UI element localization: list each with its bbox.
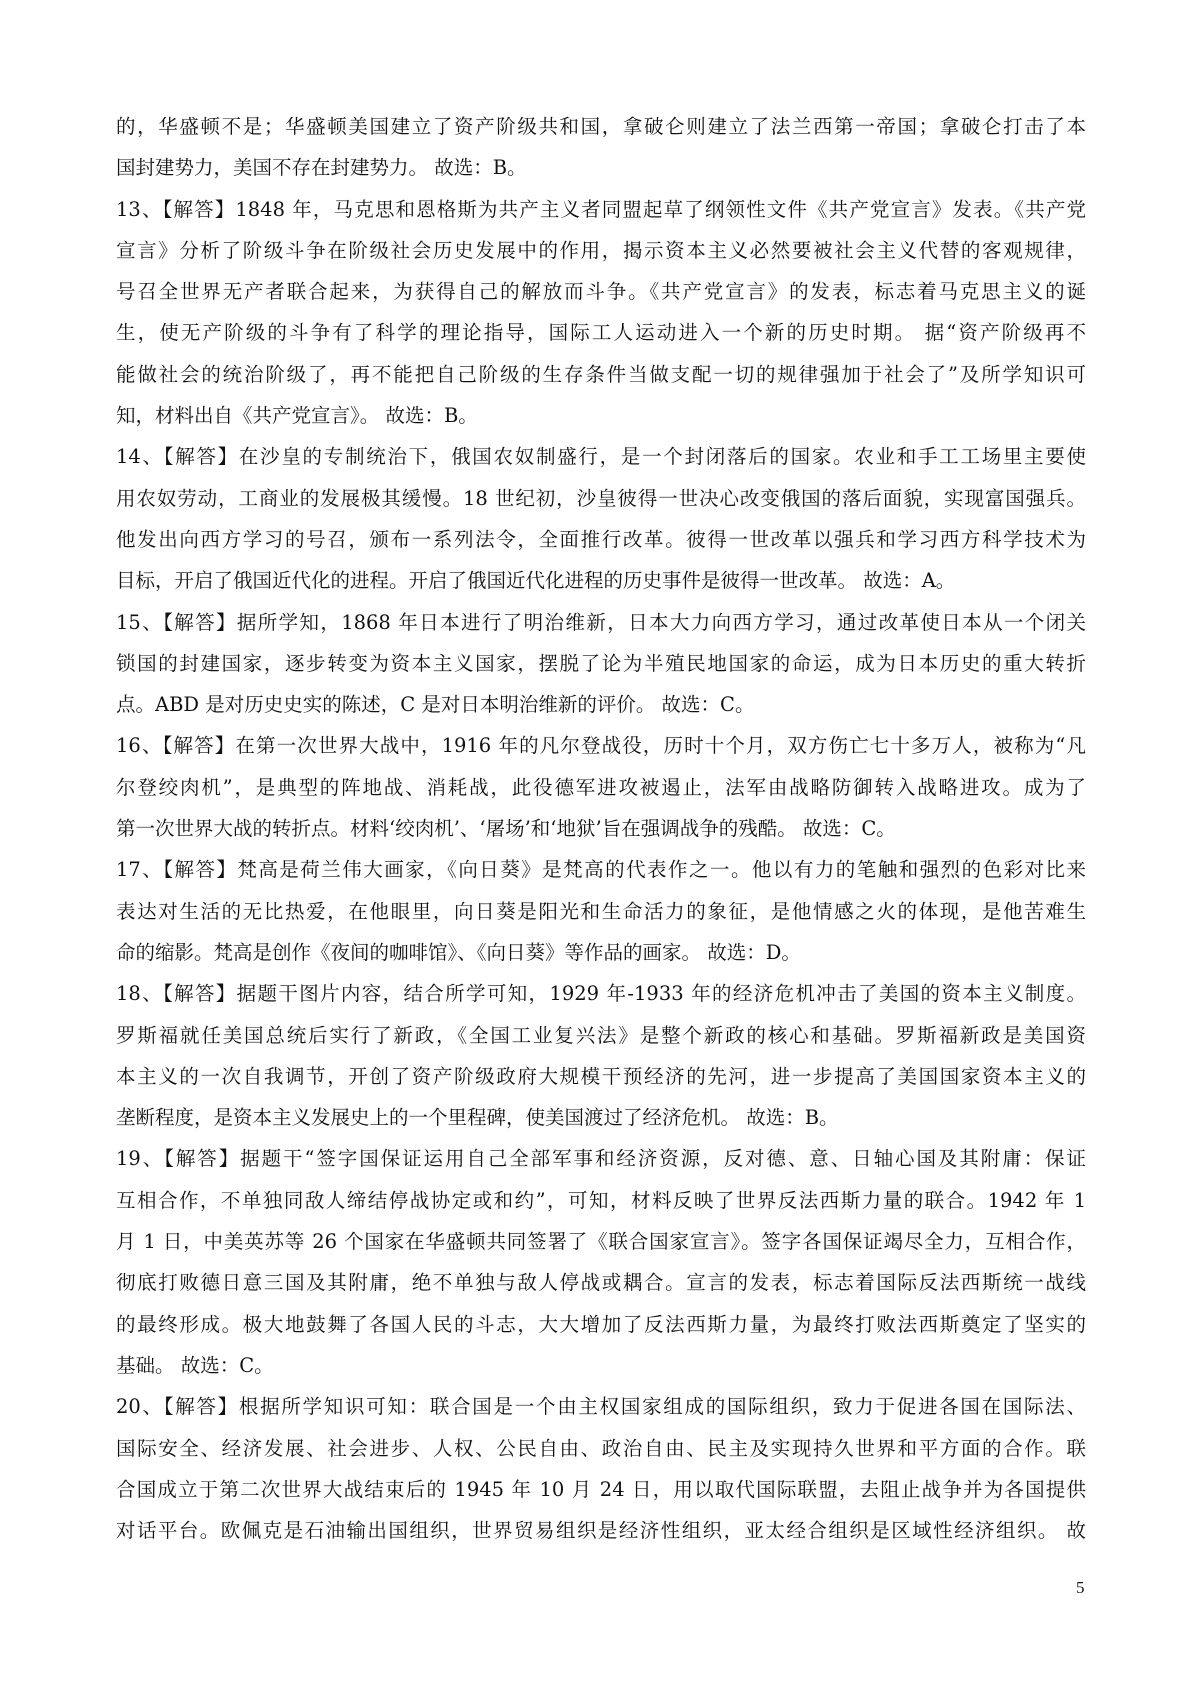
text-line: 合国成立于第二次世界大战结束后的 1945 年 10 月 24 日，用以取代国际… (116, 1469, 1086, 1510)
text-line: 对话平台。欧佩克是石油输出国组织，世界贸易组织是经济性组织，亚太经合组织是区域性… (116, 1510, 1086, 1551)
answer-19: 19、【解答】据题干“签字国保证运用自己全部军事和经济资源，反对德、意、日轴心国… (116, 1138, 1086, 1386)
text-line: 的，华盛顿不是；华盛顿美国建立了资产阶级共和国，拿破仑则建立了法兰西第一帝国；拿… (116, 106, 1086, 147)
text-line: 15、【解答】据所学知，1868 年日本进行了明治维新，日本大力向西方学习，通过… (116, 602, 1086, 643)
text-line: 的最终形成。极大地鼓舞了各国人民的斗志，大大增加了反法西斯力量，为最终打败法西斯… (116, 1304, 1086, 1345)
text-line: 20、【解答】根据所学知识可知：联合国是一个由主权国家组成的国际组织，致力于促进… (116, 1386, 1086, 1427)
text-line: 国封建势力，美国不存在封建势力。 故选：B。 (116, 147, 1086, 188)
text-line: 16、【解答】在第一次世界大战中，1916 年的凡尔登战役，历时十个月，双方伤亡… (116, 725, 1086, 766)
text-line: 他发出向西方学习的号召，颁布一系列法令，全面推行改革。彼得一世改革以强兵和学习西… (116, 519, 1086, 560)
text-line: 号召全世界无产者联合起来，为获得自己的解放而斗争。《共产党宣言》的发表，标志着马… (116, 271, 1086, 312)
text-line: 用农奴劳动，工商业的发展极其缓慢。18 世纪初，沙皇彼得一世决心改变俄国的落后面… (116, 478, 1086, 519)
answer-15: 15、【解答】据所学知，1868 年日本进行了明治维新，日本大力向西方学习，通过… (116, 602, 1086, 726)
answer-18: 18、【解答】据题干图片内容，结合所学可知，1929 年-1933 年的经济危机… (116, 973, 1086, 1138)
text-line: 罗斯福就任美国总统后实行了新政，《全国工业复兴法》是整个新政的核心和基础。罗斯福… (116, 1015, 1086, 1056)
text-line: 命的缩影。梵高是创作《夜间的咖啡馆》、《向日葵》等作品的画家。 故选：D。 (116, 932, 1086, 973)
text-line: 14、【解答】在沙皇的专制统治下，俄国农奴制盛行，是一个封闭落后的国家。农业和手… (116, 436, 1086, 477)
answer-13: 13、【解答】1848 年，马克思和恩格斯为共产主义者同盟起草了纲领性文件《共产… (116, 189, 1086, 437)
text-line: 锁国的封建国家，逐步转变为资本主义国家，摆脱了论为半殖民地国家的命运，成为日本历… (116, 643, 1086, 684)
page-number: 5 (1076, 1578, 1085, 1598)
text-line: 生，使无产阶级的斗争有了科学的理论指导，国际工人运动进入一个新的历史时期。 据“… (116, 312, 1086, 353)
paragraph-continuation: 的，华盛顿不是；华盛顿美国建立了资产阶级共和国，拿破仑则建立了法兰西第一帝国；拿… (116, 106, 1086, 189)
text-line: 垄断程度，是资本主义发展史上的一个里程碑，使美国渡过了经济危机。 故选：B。 (116, 1097, 1086, 1138)
text-line: 尔登绞肉机”，是典型的阵地战、消耗战，此役德军进攻被遏止，法军由战略防御转入战略… (116, 767, 1086, 808)
text-line: 18、【解答】据题干图片内容，结合所学可知，1929 年-1933 年的经济危机… (116, 973, 1086, 1014)
text-line: 19、【解答】据题干“签字国保证运用自己全部军事和经济资源，反对德、意、日轴心国… (116, 1138, 1086, 1179)
text-line: 知，材料出自《共产党宣言》。 故选：B。 (116, 395, 1086, 436)
document-page: 的，华盛顿不是；华盛顿美国建立了资产阶级共和国，拿破仑则建立了法兰西第一帝国；拿… (116, 106, 1086, 1551)
text-line: 彻底打败德日意三国及其附庸，绝不单独与敌人停战或耦合。宣言的发表，标志着国际反法… (116, 1262, 1086, 1303)
answer-17: 17、【解答】梵高是荷兰伟大画家，《向日葵》是梵高的代表作之一。他以有力的笔触和… (116, 849, 1086, 973)
text-line: 宣言》分析了阶级斗争在阶级社会历史发展中的作用，揭示资本主义必然要被社会主义代替… (116, 230, 1086, 271)
text-line: 第一次世界大战的转折点。材料‘绞肉机’、‘屠场’和‘地狱’旨在强调战争的残酷。 … (116, 808, 1086, 849)
answer-16: 16、【解答】在第一次世界大战中，1916 年的凡尔登战役，历时十个月，双方伤亡… (116, 725, 1086, 849)
text-line: 月 1 日，中美英苏等 26 个国家在华盛顿共同签署了《联合国家宣言》。签字各国… (116, 1221, 1086, 1262)
text-line: 13、【解答】1848 年，马克思和恩格斯为共产主义者同盟起草了纲领性文件《共产… (116, 189, 1086, 230)
text-line: 本主义的一次自我调节，开创了资产阶级政府大规模干预经济的先河，进一步提高了美国国… (116, 1056, 1086, 1097)
answer-20: 20、【解答】根据所学知识可知：联合国是一个由主权国家组成的国际组织，致力于促进… (116, 1386, 1086, 1551)
text-line: 17、【解答】梵高是荷兰伟大画家，《向日葵》是梵高的代表作之一。他以有力的笔触和… (116, 849, 1086, 890)
text-line: 表达对生活的无比热爱，在他眼里，向日葵是阳光和生命活力的象征，是他情感之火的体现… (116, 891, 1086, 932)
text-line: 国际安全、经济发展、社会进步、人权、公民自由、政治自由、民主及实现持久世界和平方… (116, 1428, 1086, 1469)
text-line: 能做社会的统治阶级了，再不能把自己阶级的生存条件当做支配一切的规律强加于社会了”… (116, 354, 1086, 395)
answer-14: 14、【解答】在沙皇的专制统治下，俄国农奴制盛行，是一个封闭落后的国家。农业和手… (116, 436, 1086, 601)
text-line: 互相合作，不单独同敌人缔结停战协定或和约”，可知，材料反映了世界反法西斯力量的联… (116, 1180, 1086, 1221)
text-line: 目标，开启了俄国近代化的进程。开启了俄国近代化进程的历史事件是彼得一世改革。 故… (116, 560, 1086, 601)
text-line: 基础。 故选：C。 (116, 1345, 1086, 1386)
text-line: 点。ABD 是对历史史实的陈述，C 是对日本明治维新的评价。 故选：C。 (116, 684, 1086, 725)
